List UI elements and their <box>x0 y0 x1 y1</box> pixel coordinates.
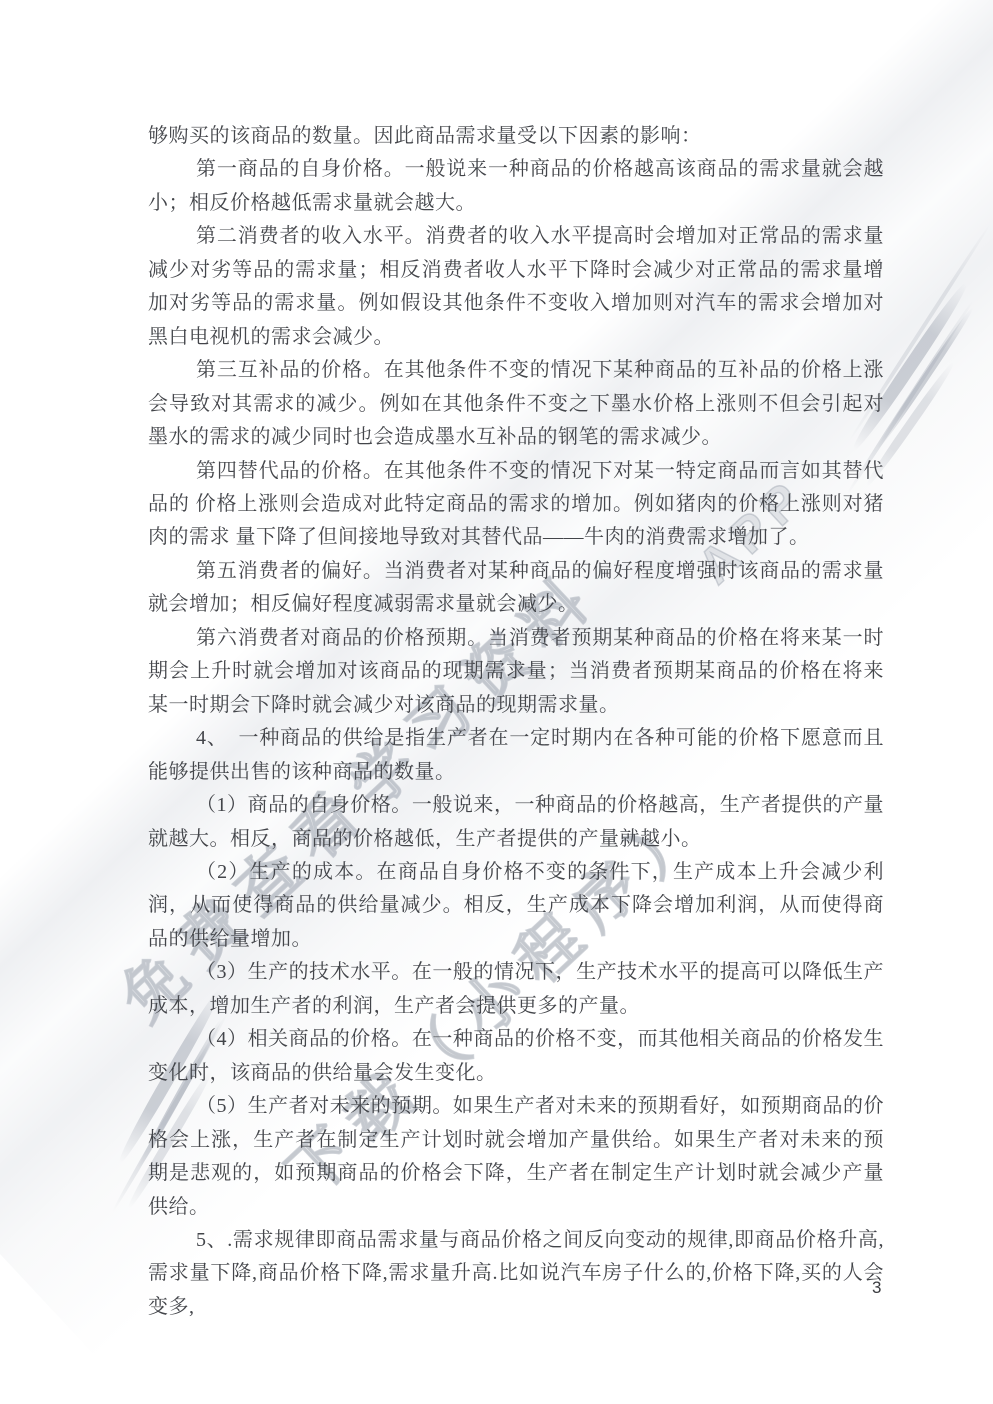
paragraph: （5）生产者对未来的预期。如果生产者对未来的预期看好，如预期商品的价格会上涨，生… <box>148 1090 884 1224</box>
page-number: 3 <box>872 1278 881 1298</box>
paragraph: （1）商品的自身价格。一般说来，一种商品的价格越高，生产者提供的产量就越大。相反… <box>148 789 884 856</box>
paragraph: 第六消费者对商品的价格预期。当消费者预期某种商品的价格在将来某一时期会上升时就会… <box>148 622 884 722</box>
paragraph: 够购买的该商品的数量。因此商品需求量受以下因素的影响： <box>148 120 884 153</box>
paragraph: 第三互补品的价格。在其他条件不变的情况下某种商品的互补品的价格上涨会导致对其需求… <box>148 354 884 454</box>
document-page: 免费查看学习资料 下载（小程序） APP 够购买的该商品的数量。因此商品需求量受… <box>0 0 993 1404</box>
paragraph: 5、.需求规律即商品需求量与商品价格之间反向变动的规律,即商品价格升高,需求量下… <box>148 1224 884 1324</box>
paragraph: （4）相关商品的价格。在一种商品的价格不变，而其他相关商品的价格发生变化时，该商… <box>148 1023 884 1090</box>
paragraph: （2）生产的成本。在商品自身价格不变的条件下，生产成本上升会减少利润，从而使得商… <box>148 856 884 956</box>
paragraph: 第五消费者的偏好。当消费者对某种商品的偏好程度增强时该商品的需求量就会增加；相反… <box>148 555 884 622</box>
paragraph: 第二消费者的收入水平。消费者的收入水平提高时会增加对正常品的需求量减少对劣等品的… <box>148 220 884 354</box>
paragraph: （3）生产的技术水平。在一般的情况下，生产技术水平的提高可以降低生产成本，增加生… <box>148 956 884 1023</box>
paragraph: 第一商品的自身价格。一般说来一种商品的价格越高该商品的需求量就会越小；相反价格越… <box>148 153 884 220</box>
document-body: 够购买的该商品的数量。因此商品需求量受以下因素的影响：第一商品的自身价格。一般说… <box>148 120 884 1324</box>
paragraph: 4、 一种商品的供给是指生产者在一定时期内在各种可能的价格下愿意而且能够提供出售… <box>148 722 884 789</box>
paragraph: 第四替代品的价格。在其他条件不变的情况下对某一特定商品而言如其替代品的 价格上涨… <box>148 455 884 555</box>
